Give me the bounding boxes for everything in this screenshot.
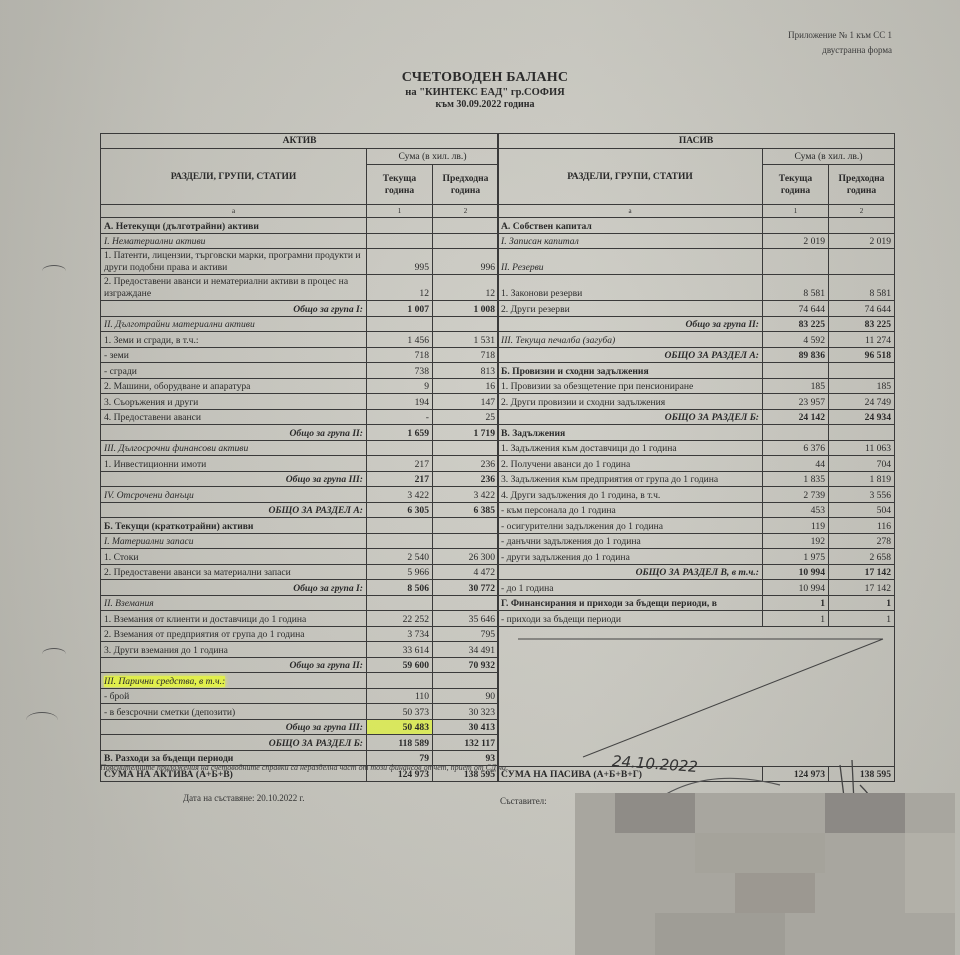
current-year-value: - bbox=[367, 409, 433, 425]
row-label: 2. Предоставени аванси за материални зап… bbox=[101, 564, 367, 580]
row-label: 4. Предоставени аванси bbox=[101, 409, 367, 425]
table-row: ОБЩО ЗА РАЗДЕЛ Б:118 589132 117 bbox=[101, 735, 499, 751]
row-label: 3. Задължения към предприятия от група д… bbox=[498, 471, 763, 487]
table-row: Общо за група II:59 60070 932 bbox=[101, 657, 499, 673]
current-year-value bbox=[763, 218, 829, 234]
col-index: 1 bbox=[763, 205, 829, 218]
previous-year-value: 16 bbox=[433, 378, 499, 394]
current-year-value: 1 975 bbox=[763, 549, 829, 565]
row-label: II. Резерви bbox=[498, 249, 763, 275]
row-label: 2. Машини, оборудване и апаратура bbox=[101, 378, 367, 394]
table-row: 4. Предоставени аванси-25 bbox=[101, 409, 499, 425]
current-year-value bbox=[763, 249, 829, 275]
row-label: 1. Задължения към доставчици до 1 година bbox=[498, 440, 763, 456]
previous-year-value: 34 491 bbox=[433, 642, 499, 658]
table-row: I. Нематериални активи bbox=[101, 233, 499, 249]
appendix-note: Приложение № 1 към СС 1 двустранна форма bbox=[788, 28, 892, 58]
previous-year-value: 185 bbox=[829, 378, 895, 394]
punch-hole-mark bbox=[26, 712, 58, 728]
current-year-value: 217 bbox=[367, 456, 433, 472]
previous-year-value bbox=[829, 363, 895, 379]
table-row: 2. Получени аванси до 1 година44704 bbox=[498, 456, 895, 472]
current-year-value: 10 994 bbox=[763, 580, 829, 596]
row-label: Б. Текущи (краткотрайни) активи bbox=[101, 518, 367, 534]
previous-year-value bbox=[829, 218, 895, 234]
table-row: 1. Вземания от клиенти и доставчици до 1… bbox=[101, 611, 499, 627]
current-year-value: 1 007 bbox=[367, 301, 433, 317]
current-year-value: 1 bbox=[763, 611, 829, 627]
table-row: Общо за група II:1 6591 719 bbox=[101, 425, 499, 441]
previous-year-value: 132 117 bbox=[433, 735, 499, 751]
current-year-value: 4 592 bbox=[763, 332, 829, 348]
row-label: - към персонала до 1 година bbox=[498, 502, 763, 518]
table-row: Общо за група I:1 0071 008 bbox=[101, 301, 499, 317]
row-label: ОБЩО ЗА РАЗДЕЛ Б: bbox=[101, 735, 367, 751]
table-row: ОБЩО ЗА РАЗДЕЛ А:6 3056 385 bbox=[101, 502, 499, 518]
current-year-value: 119 bbox=[763, 518, 829, 534]
current-year-value: 192 bbox=[763, 533, 829, 549]
current-year-value: 1 bbox=[763, 595, 829, 611]
table-row: 2. Предоставени аванси за материални зап… bbox=[101, 564, 499, 580]
liabilities-col-label: РАЗДЕЛИ, ГРУПИ, СТАТИИ bbox=[498, 149, 763, 205]
current-year-value: 453 bbox=[763, 502, 829, 518]
previous-year-value: 70 932 bbox=[433, 657, 499, 673]
liabilities-col-previous: Предходна година bbox=[829, 165, 895, 205]
row-label: III. Парични средства, в т.ч.: bbox=[101, 673, 367, 689]
redacted-signature-area bbox=[575, 793, 955, 955]
row-label: Общо за група II: bbox=[498, 316, 763, 332]
col-index: 2 bbox=[433, 205, 499, 218]
table-row: I. Материални запаси bbox=[101, 533, 499, 549]
previous-year-value: 813 bbox=[433, 363, 499, 379]
row-label: 1. Патенти, лицензии, търговски марки, п… bbox=[101, 249, 367, 275]
table-row: 1. Инвестиционни имоти217236 bbox=[101, 456, 499, 472]
previous-year-value: 718 bbox=[433, 347, 499, 363]
current-year-value: 12 bbox=[367, 275, 433, 301]
current-year-value bbox=[367, 233, 433, 249]
report-date: към 30.09.2022 година bbox=[335, 99, 635, 110]
row-label: 1. Инвестиционни имоти bbox=[101, 456, 367, 472]
row-label: - данъчни задължения до 1 година bbox=[498, 533, 763, 549]
row-label: 1. Земи и сгради, в т.ч.: bbox=[101, 332, 367, 348]
liabilities-title: ПАСИВ bbox=[498, 134, 895, 149]
previous-year-value: 2 658 bbox=[829, 549, 895, 565]
previous-year-value bbox=[829, 425, 895, 441]
table-row: - данъчни задължения до 1 година192278 bbox=[498, 533, 895, 549]
table-row: 1. Земи и сгради, в т.ч.:1 4561 531 bbox=[101, 332, 499, 348]
current-year-value bbox=[763, 363, 829, 379]
table-row: 1. Патенти, лицензии, търговски марки, п… bbox=[101, 249, 499, 275]
row-label: III. Текуща печалба (загуба) bbox=[498, 332, 763, 348]
table-row: 2. Вземания от предприятия от група до 1… bbox=[101, 626, 499, 642]
table-row: Общо за група III:217236 bbox=[101, 471, 499, 487]
row-label: ОБЩО ЗА РАЗДЕЛ А: bbox=[101, 502, 367, 518]
current-year-value: 6 376 bbox=[763, 440, 829, 456]
table-row: 2. Предоставени аванси и нематериални ак… bbox=[101, 275, 499, 301]
current-year-value: 74 644 bbox=[763, 301, 829, 317]
row-label: - в безсрочни сметки (депозити) bbox=[101, 704, 367, 720]
previous-year-value: 83 225 bbox=[829, 316, 895, 332]
table-row: - земи718718 bbox=[101, 347, 499, 363]
previous-year-value: 147 bbox=[433, 394, 499, 410]
row-label: III. Дългосрочни финансови активи bbox=[101, 440, 367, 456]
current-year-value bbox=[367, 316, 433, 332]
row-label: 3. Други вземания до 1 година bbox=[101, 642, 367, 658]
table-row: - до 1 година10 99417 142 bbox=[498, 580, 895, 596]
table-row: - брой11090 bbox=[101, 688, 499, 704]
row-label: 2. Предоставени аванси и нематериални ак… bbox=[101, 275, 367, 301]
table-row: Общо за група II:83 22583 225 bbox=[498, 316, 895, 332]
previous-year-value: 704 bbox=[829, 456, 895, 472]
current-year-value: 89 836 bbox=[763, 347, 829, 363]
current-year-value: 995 bbox=[367, 249, 433, 275]
assets-sum-header: Сума (в хил. лв.) bbox=[367, 149, 499, 165]
current-year-value: 44 bbox=[763, 456, 829, 472]
table-row: 2. Други резерви74 64474 644 bbox=[498, 301, 895, 317]
col-index: 2 bbox=[829, 205, 895, 218]
previous-year-value bbox=[433, 440, 499, 456]
table-row: ОБЩО ЗА РАЗДЕЛ Б:24 14224 934 bbox=[498, 409, 895, 425]
current-year-value: 1 456 bbox=[367, 332, 433, 348]
row-label: Общо за група II: bbox=[101, 657, 367, 673]
liabilities-col-current: Текуща година bbox=[763, 165, 829, 205]
table-row: - в безсрочни сметки (депозити)50 37330 … bbox=[101, 704, 499, 720]
row-label: I. Материални запаси bbox=[101, 533, 367, 549]
date-compiled: Дата на съставяне: 20.10.2022 г. bbox=[183, 793, 304, 803]
previous-year-value: 2 019 bbox=[829, 233, 895, 249]
previous-year-value: 1 bbox=[829, 611, 895, 627]
highlighted-label: III. Парични средства, в т.ч.: bbox=[104, 676, 225, 687]
row-label: 1. Законови резерви bbox=[498, 275, 763, 301]
current-year-value: 9 bbox=[367, 378, 433, 394]
table-row: 1. Законови резерви8 5818 581 bbox=[498, 275, 895, 301]
table-row: Общо за група I:8 50630 772 bbox=[101, 580, 499, 596]
col-index: а bbox=[498, 205, 763, 218]
current-year-value: 185 bbox=[763, 378, 829, 394]
table-row: Б. Текущи (краткотрайни) активи bbox=[101, 518, 499, 534]
table-row: 1. Стоки2 54026 300 bbox=[101, 549, 499, 565]
previous-year-value: 74 644 bbox=[829, 301, 895, 317]
table-row: - други задължения до 1 година1 9752 658 bbox=[498, 549, 895, 565]
table-row: 3. Съоръжения и други194147 bbox=[101, 394, 499, 410]
current-year-value: 110 bbox=[367, 688, 433, 704]
row-label: II. Дълготрайни материални активи bbox=[101, 316, 367, 332]
previous-year-value: 90 bbox=[433, 688, 499, 704]
previous-year-value bbox=[433, 533, 499, 549]
table-row: III. Парични средства, в т.ч.: bbox=[101, 673, 499, 689]
current-year-value: 59 600 bbox=[367, 657, 433, 673]
row-label: - брой bbox=[101, 688, 367, 704]
previous-year-value: 116 bbox=[829, 518, 895, 534]
row-label: Общо за група I: bbox=[101, 301, 367, 317]
appendix-number: Приложение № 1 към СС 1 bbox=[788, 28, 892, 43]
previous-year-value bbox=[433, 233, 499, 249]
previous-year-value: 26 300 bbox=[433, 549, 499, 565]
row-label: Общо за група III: bbox=[101, 719, 367, 735]
previous-year-value: 25 bbox=[433, 409, 499, 425]
table-row: 3. Задължения към предприятия от група д… bbox=[498, 471, 895, 487]
previous-year-value: 12 bbox=[433, 275, 499, 301]
table-row: Б. Провизии и сходни задължения bbox=[498, 363, 895, 379]
previous-year-value bbox=[433, 595, 499, 611]
document-title: СЧЕТОВОДЕН БАЛАНС bbox=[335, 70, 635, 86]
row-label: ОБЩО ЗА РАЗДЕЛ В, в т.ч.: bbox=[498, 564, 763, 580]
current-year-value: 1 659 bbox=[367, 425, 433, 441]
table-row: ОБЩО ЗА РАЗДЕЛ А:89 83696 518 bbox=[498, 347, 895, 363]
row-label: - други задължения до 1 година bbox=[498, 549, 763, 565]
current-year-value: 50 483 bbox=[367, 719, 433, 735]
row-label: 2. Вземания от предприятия от група до 1… bbox=[101, 626, 367, 642]
company-name: на "КИНТЕКС ЕАД" гр.СОФИЯ bbox=[335, 87, 635, 98]
current-year-value: 22 252 bbox=[367, 611, 433, 627]
table-row: II. Дълготрайни материални активи bbox=[101, 316, 499, 332]
col-index: 1 bbox=[367, 205, 433, 218]
current-year-value: 1 835 bbox=[763, 471, 829, 487]
row-label: 4. Други задължения до 1 година, в т.ч. bbox=[498, 487, 763, 503]
row-label: IV. Отсрочени данъци bbox=[101, 487, 367, 503]
current-year-value: 8 581 bbox=[763, 275, 829, 301]
current-year-value: 83 225 bbox=[763, 316, 829, 332]
row-label: А. Нетекущи (дълготрайни) активи bbox=[101, 218, 367, 234]
table-row: III. Текуща печалба (загуба)4 59211 274 bbox=[498, 332, 895, 348]
current-year-value bbox=[763, 425, 829, 441]
table-row: Общо за група III:50 48330 413 bbox=[101, 719, 499, 735]
previous-year-value: 4 472 bbox=[433, 564, 499, 580]
current-year-value: 2 739 bbox=[763, 487, 829, 503]
current-year-value: 50 373 bbox=[367, 704, 433, 720]
previous-year-value: 236 bbox=[433, 456, 499, 472]
current-year-value: 24 142 bbox=[763, 409, 829, 425]
compiler-label: Съставител: bbox=[500, 796, 547, 806]
row-label: - до 1 година bbox=[498, 580, 763, 596]
row-label: 1. Вземания от клиенти и доставчици до 1… bbox=[101, 611, 367, 627]
liabilities-sum-header: Сума (в хил. лв.) bbox=[763, 149, 895, 165]
table-row: 1. Провизии за обезщетение при пенсионир… bbox=[498, 378, 895, 394]
previous-year-value: 504 bbox=[829, 502, 895, 518]
current-year-value bbox=[367, 673, 433, 689]
assets-col-previous: Предходна година bbox=[433, 165, 499, 205]
current-year-value: 33 614 bbox=[367, 642, 433, 658]
current-year-value: 118 589 bbox=[367, 735, 433, 751]
previous-year-value: 1 719 bbox=[433, 425, 499, 441]
current-year-value bbox=[367, 518, 433, 534]
row-label: ОБЩО ЗА РАЗДЕЛ А: bbox=[498, 347, 763, 363]
col-index: а bbox=[101, 205, 367, 218]
previous-year-value bbox=[433, 518, 499, 534]
previous-year-value bbox=[433, 316, 499, 332]
table-row: 2. Машини, оборудване и апаратура916 bbox=[101, 378, 499, 394]
assets-table: АКТИВ РАЗДЕЛИ, ГРУПИ, СТАТИИ Сума (в хил… bbox=[100, 133, 499, 782]
current-year-value: 23 957 bbox=[763, 394, 829, 410]
row-label: I. Записан капитал bbox=[498, 233, 763, 249]
previous-year-value: 30 323 bbox=[433, 704, 499, 720]
previous-year-value: 30 772 bbox=[433, 580, 499, 596]
assets-col-current: Текуща година bbox=[367, 165, 433, 205]
table-row: 4. Други задължения до 1 година, в т.ч.2… bbox=[498, 487, 895, 503]
table-row: В. Задължения bbox=[498, 425, 895, 441]
previous-year-value: 11 063 bbox=[829, 440, 895, 456]
table-row: 1. Задължения към доставчици до 1 година… bbox=[498, 440, 895, 456]
previous-year-value: 1 819 bbox=[829, 471, 895, 487]
current-year-value: 738 bbox=[367, 363, 433, 379]
previous-year-value: 17 142 bbox=[829, 564, 895, 580]
previous-year-value: 3 556 bbox=[829, 487, 895, 503]
row-label: ОБЩО ЗА РАЗДЕЛ Б: bbox=[498, 409, 763, 425]
previous-year-value bbox=[829, 249, 895, 275]
previous-year-value: 3 422 bbox=[433, 487, 499, 503]
previous-year-value: 24 934 bbox=[829, 409, 895, 425]
current-year-value bbox=[367, 440, 433, 456]
current-year-value: 718 bbox=[367, 347, 433, 363]
row-label: - приходи за бъдещи периоди bbox=[498, 611, 763, 627]
assets-col-label: РАЗДЕЛИ, ГРУПИ, СТАТИИ bbox=[101, 149, 367, 205]
previous-year-value: 795 bbox=[433, 626, 499, 642]
table-row: II. Резерви bbox=[498, 249, 895, 275]
row-label: Общо за група II: bbox=[101, 425, 367, 441]
row-label: 2. Получени аванси до 1 година bbox=[498, 456, 763, 472]
table-row: - осигурителни задължения до 1 година119… bbox=[498, 518, 895, 534]
current-year-value bbox=[367, 595, 433, 611]
row-label: I. Нематериални активи bbox=[101, 233, 367, 249]
current-year-value bbox=[367, 218, 433, 234]
row-label: - осигурителни задължения до 1 година bbox=[498, 518, 763, 534]
row-label: В. Задължения bbox=[498, 425, 763, 441]
table-row: III. Дългосрочни финансови активи bbox=[101, 440, 499, 456]
previous-year-value: 1 531 bbox=[433, 332, 499, 348]
previous-year-value: 35 646 bbox=[433, 611, 499, 627]
row-label: Г. Финансирания и приходи за бъдещи пери… bbox=[498, 595, 763, 611]
table-row: - сгради738813 bbox=[101, 363, 499, 379]
row-label: 3. Съоръжения и други bbox=[101, 394, 367, 410]
current-year-value: 5 966 bbox=[367, 564, 433, 580]
row-label: 1. Провизии за обезщетение при пенсионир… bbox=[498, 378, 763, 394]
current-year-value: 2 019 bbox=[763, 233, 829, 249]
punch-hole-mark bbox=[42, 265, 66, 277]
previous-year-value: 11 274 bbox=[829, 332, 895, 348]
previous-year-value: 1 bbox=[829, 595, 895, 611]
table-row: ОБЩО ЗА РАЗДЕЛ В, в т.ч.:10 99417 142 bbox=[498, 564, 895, 580]
row-label: Общо за група I: bbox=[101, 580, 367, 596]
row-label: Б. Провизии и сходни задължения bbox=[498, 363, 763, 379]
current-year-value bbox=[367, 533, 433, 549]
row-label: 2. Други провизии и сходни задължения bbox=[498, 394, 763, 410]
row-label: - земи bbox=[101, 347, 367, 363]
table-row: II. Вземания bbox=[101, 595, 499, 611]
table-row: I. Записан капитал2 0192 019 bbox=[498, 233, 895, 249]
table-row: 2. Други провизии и сходни задължения23 … bbox=[498, 394, 895, 410]
previous-year-value: 30 413 bbox=[433, 719, 499, 735]
current-year-value: 8 506 bbox=[367, 580, 433, 596]
row-label: II. Вземания bbox=[101, 595, 367, 611]
current-year-value: 194 bbox=[367, 394, 433, 410]
table-row: Г. Финансирания и приходи за бъдещи пери… bbox=[498, 595, 895, 611]
previous-year-value: 996 bbox=[433, 249, 499, 275]
previous-year-value: 1 008 bbox=[433, 301, 499, 317]
current-year-value: 2 540 bbox=[367, 549, 433, 565]
form-type: двустранна форма bbox=[788, 43, 892, 58]
liabilities-table: ПАСИВ РАЗДЕЛИ, ГРУПИ, СТАТИИ Сума (в хил… bbox=[497, 133, 895, 782]
table-row: 3. Други вземания до 1 година33 61434 49… bbox=[101, 642, 499, 658]
current-year-value: 10 994 bbox=[763, 564, 829, 580]
previous-year-value: 24 749 bbox=[829, 394, 895, 410]
row-label: - сгради bbox=[101, 363, 367, 379]
table-row: А. Собствен капитал bbox=[498, 218, 895, 234]
current-year-value: 3 734 bbox=[367, 626, 433, 642]
previous-year-value: 236 bbox=[433, 471, 499, 487]
row-label: Общо за група III: bbox=[101, 471, 367, 487]
previous-year-value: 8 581 bbox=[829, 275, 895, 301]
assets-title: АКТИВ bbox=[101, 134, 499, 149]
punch-hole-mark bbox=[42, 648, 66, 660]
table-row: - приходи за бъдещи периоди11 bbox=[498, 611, 895, 627]
table-row: IV. Отсрочени данъци3 4223 422 bbox=[101, 487, 499, 503]
previous-year-value bbox=[433, 673, 499, 689]
document-title-block: СЧЕТОВОДЕН БАЛАНС на "КИНТЕКС ЕАД" гр.СО… bbox=[335, 70, 635, 110]
previous-year-value bbox=[433, 218, 499, 234]
current-year-value: 3 422 bbox=[367, 487, 433, 503]
row-label: 2. Други резерви bbox=[498, 301, 763, 317]
explanatory-note: Пояснителните приложения на счетоводните… bbox=[100, 763, 509, 772]
current-year-value: 217 bbox=[367, 471, 433, 487]
table-row: А. Нетекущи (дълготрайни) активи bbox=[101, 218, 499, 234]
row-label: 1. Стоки bbox=[101, 549, 367, 565]
previous-year-value: 96 518 bbox=[829, 347, 895, 363]
previous-year-value: 278 bbox=[829, 533, 895, 549]
previous-year-value: 6 385 bbox=[433, 502, 499, 518]
previous-year-value: 17 142 bbox=[829, 580, 895, 596]
table-row: - към персонала до 1 година453504 bbox=[498, 502, 895, 518]
current-year-value: 6 305 bbox=[367, 502, 433, 518]
row-label: А. Собствен капитал bbox=[498, 218, 763, 234]
